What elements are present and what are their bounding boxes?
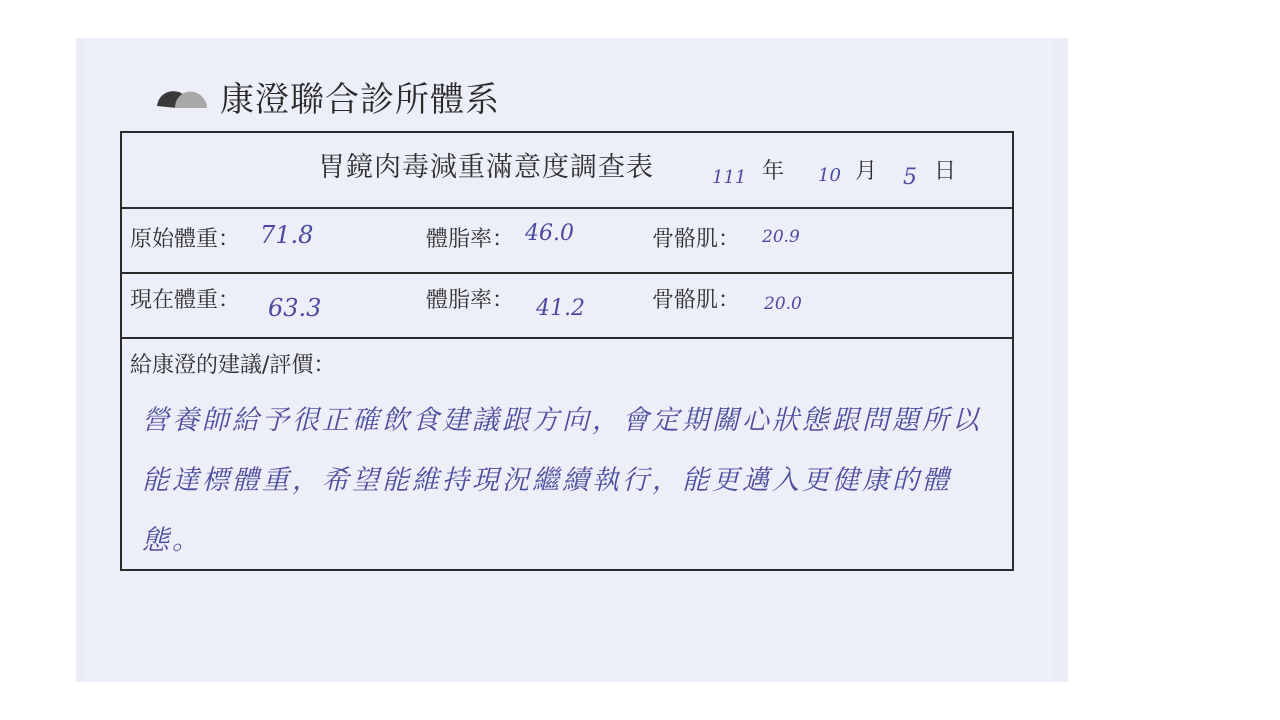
- date-month-value: 10: [818, 165, 841, 186]
- original-muscle-label: 骨骼肌：: [652, 225, 740, 255]
- clinic-logo-icon: [155, 84, 209, 114]
- date-year-label: 年: [762, 157, 784, 187]
- current-body-fat-label: 體脂率：: [426, 286, 514, 316]
- survey-form-table: 胃鏡肉毒減重滿意度調查表 111 年 10 月 5 日 原始體重： 71.8 體…: [120, 131, 1014, 571]
- original-measurements-row: 原始體重： 71.8 體脂率： 46.0 骨骼肌： 20.9: [122, 207, 1012, 274]
- comment-label: 給康澄的建議/評價：: [130, 351, 335, 381]
- date-year-value: 111: [712, 167, 746, 188]
- current-muscle-value: 20.0: [764, 294, 802, 314]
- original-body-fat-label: 體脂率：: [426, 225, 514, 255]
- original-weight-label: 原始體重：: [130, 225, 240, 255]
- date-day-label: 日: [934, 157, 956, 187]
- date-month-label: 月: [855, 157, 877, 187]
- comment-text: 營養師給予很正確飲食建議跟方向，會定期關心狀態跟問題所以能達標體重，希望能維持現…: [142, 391, 1002, 571]
- form-title: 胃鏡肉毒減重滿意度調查表: [318, 153, 654, 183]
- current-body-fat-value: 41.2: [536, 296, 585, 321]
- current-muscle-label: 骨骼肌：: [652, 286, 740, 316]
- current-weight-value: 63.3: [268, 294, 321, 322]
- original-muscle-value: 20.9: [762, 227, 800, 247]
- form-title-row: 胃鏡肉毒減重滿意度調查表 111 年 10 月 5 日: [122, 133, 1012, 209]
- original-weight-value: 71.8: [260, 221, 313, 249]
- current-weight-label: 現在體重：: [130, 286, 240, 316]
- current-measurements-row: 現在體重： 63.3 體脂率： 41.2 骨骼肌： 20.0: [122, 272, 1012, 339]
- original-body-fat-value: 46.0: [525, 221, 574, 246]
- organization-name: 康澄聯合診所體系: [220, 78, 500, 122]
- date-day-value: 5: [903, 165, 917, 190]
